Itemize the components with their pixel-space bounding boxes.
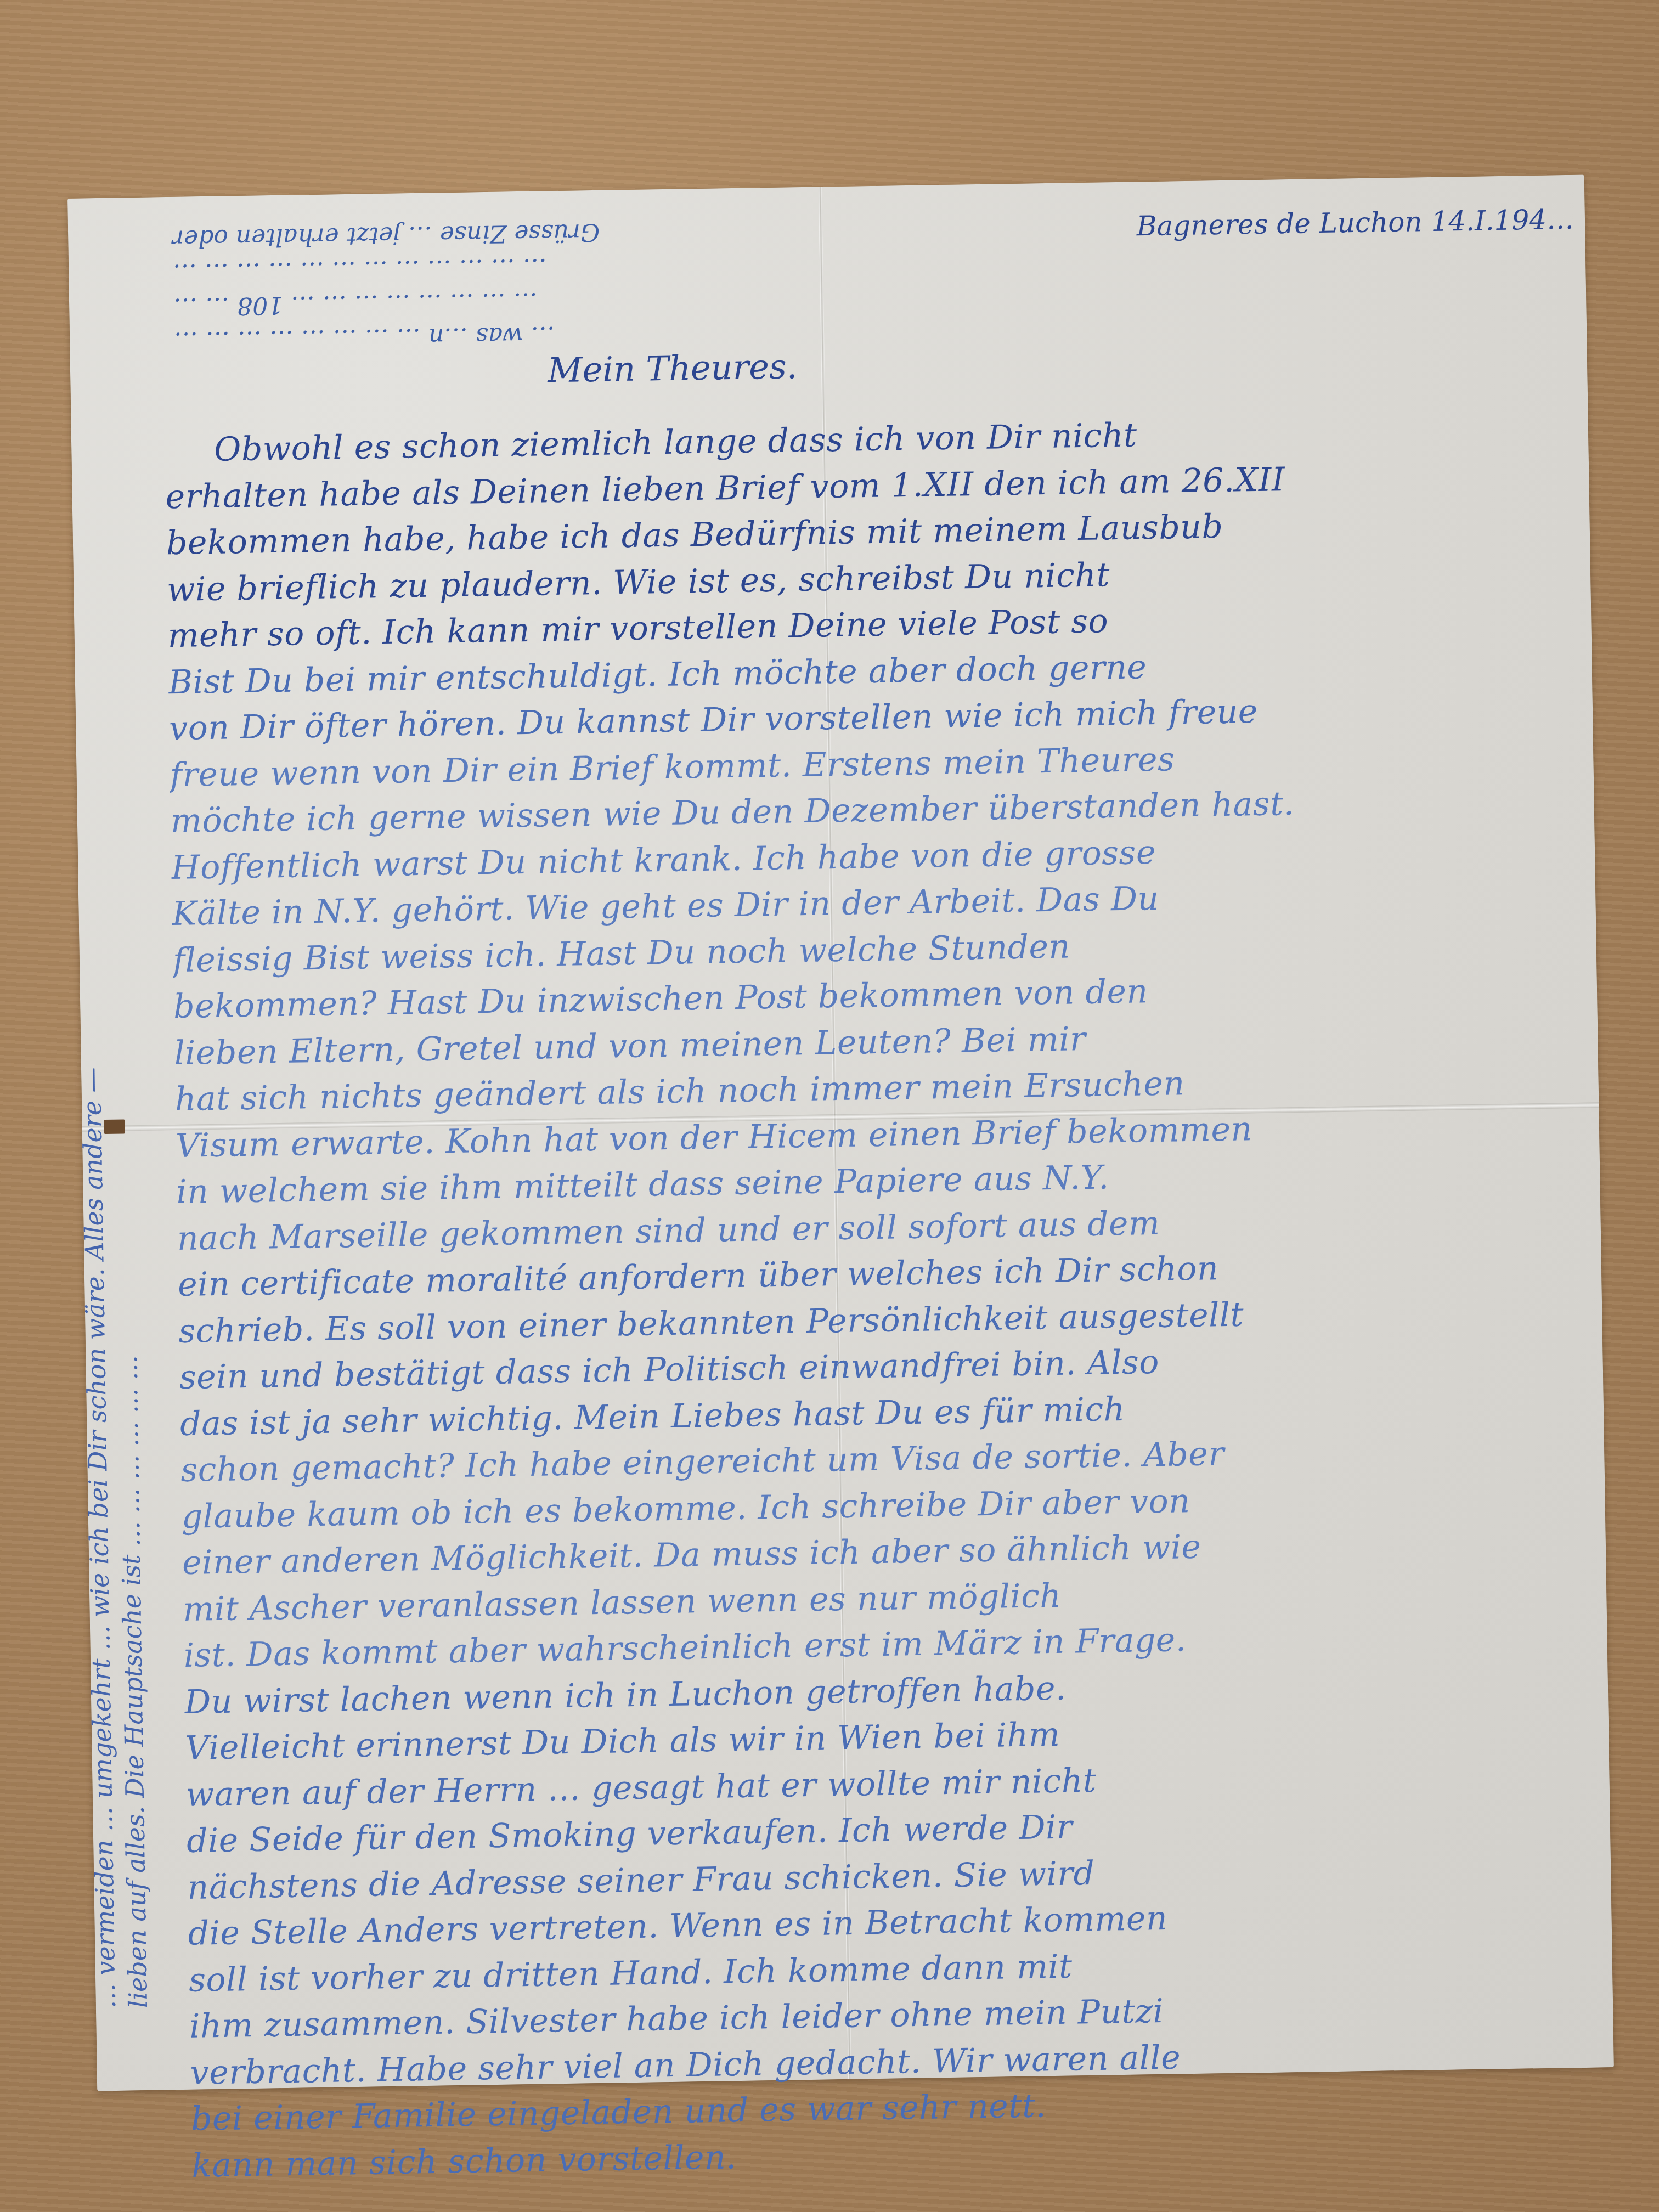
letter-sheet: … was …n … … … … … … … … … … … … … … … ……	[67, 174, 1614, 2091]
upside-down-postscript: … was …n … … … … … … … … … … … … … … … ……	[172, 207, 1118, 358]
letter-body: Obwohl es schon ziemlich lange dass ich …	[165, 406, 1577, 2189]
vertical-margin-note: … vermeiden … umgekehrt … wie ich bei Di…	[76, 1066, 154, 2009]
place-date: Bagneres de Luchon 14.I.194…	[1136, 204, 1574, 242]
salutation: Mein Theures.	[548, 346, 798, 390]
